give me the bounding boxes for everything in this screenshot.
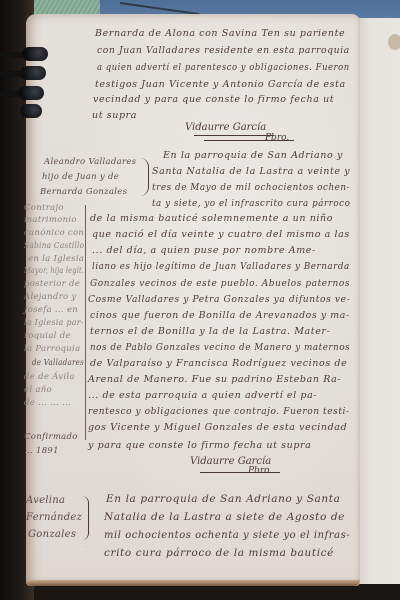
signature-title: Pbro. [248, 466, 272, 476]
text-line: ta y siete, yo el infrascrito cura párro… [152, 198, 350, 209]
binding-clip [20, 104, 42, 118]
text-line: que nació el día veinte y cuatro del mis… [92, 229, 350, 240]
margin-name: Avelina [26, 495, 65, 506]
text-line: cinos que fueron de Bonilla de Arevanado… [90, 310, 350, 321]
margin-name: Fernández [26, 512, 82, 523]
text-line: liano es hijo legítimo de Juan Valladare… [92, 261, 350, 272]
text-line: testigos Juan Vicente y Antonio García d… [95, 79, 346, 90]
margin-name: hijo de Juan y de [42, 172, 119, 182]
margin-note: de de Ávila [24, 372, 75, 382]
margin-note: roquial de [24, 331, 71, 341]
text-line: Bernarda de Alona con Savina Ten su pari… [95, 28, 345, 39]
margin-note: de Valladares [32, 358, 84, 368]
margin-note: la Parroquia [24, 344, 80, 354]
margin-bottom-note: ... 1891 [24, 446, 59, 456]
text-line: ... de esta parroquia a quien advertí el… [88, 390, 317, 401]
margin-bottom-note: Confirmado [24, 432, 78, 442]
text-line: Natalia de la Lastra a siete de Agosto d… [104, 511, 345, 523]
margin-name: Aleandro Valladares [44, 157, 136, 167]
margin-note: Josefa ... en [24, 305, 78, 315]
signature-title: Pbro. [265, 133, 289, 143]
text-line: a quien advertí el parentesco y obligaci… [97, 62, 350, 73]
text-line: gos Vicente y Miguel Gonzales de esta ve… [88, 422, 347, 433]
binding-clip [18, 86, 44, 100]
text-line: Santa Natalia de la Lastra a veinte y [152, 166, 350, 177]
text-line: ut supra [92, 110, 137, 121]
text-line: Cosme Valladares y Petra Gonzales ya dif… [88, 294, 350, 305]
text-line: crito cura párroco de la misma bauticé [104, 547, 334, 559]
margin-name: Bernarda Gonzales [40, 187, 127, 197]
margin-name: Gonzales [28, 529, 76, 540]
page-edge-bottom [26, 580, 360, 586]
text-line: mil ochocientos ochenta y siete yo el in… [104, 529, 350, 541]
binding-clip [20, 66, 46, 80]
margin-note: la Iglesia par- [24, 318, 84, 328]
binding-clip [22, 47, 48, 61]
text-line: ... del día, a quien puse por nombre Ame… [92, 245, 316, 256]
margin-note: Mayor, hija legít. [24, 266, 84, 276]
margin-note: el año [24, 385, 52, 395]
margin-rule [85, 205, 86, 440]
text-line: En la parroquia de San Adriano y Santa [106, 493, 340, 505]
margin-note: de ... ... ... [24, 398, 71, 408]
text-line: de Valparaíso y Francisca Rodríguez veci… [90, 358, 347, 369]
text-line: ternos el de Bonilla y la de la Lastra. … [90, 326, 330, 337]
text-line: Arenal de Manero. Fue su padrino Esteban… [88, 374, 341, 385]
archive-stamp: ... [84, 542, 90, 549]
margin-brace [140, 158, 149, 196]
margin-note: posterior de [24, 279, 80, 289]
text-line: vecindad y para que conste lo firmo fech… [93, 94, 334, 105]
text-line: En la parroquia de San Adriano y [163, 150, 343, 161]
text-line: con Juan Valladares residente en esta pa… [97, 45, 350, 56]
signature: Vidaurre García [185, 122, 266, 133]
margin-note: Alejandro y [24, 292, 77, 302]
margin-note: matrimonio [24, 215, 77, 225]
stain [388, 34, 400, 50]
text-line: y para que conste lo firmo fecha ut supr… [88, 440, 311, 451]
margin-note: en la Iglesia [28, 254, 84, 264]
text-line: de la misma bauticé solemnemente a un ni… [90, 213, 333, 224]
signature-rubric [194, 135, 274, 136]
margin-note: canónico con [24, 228, 84, 238]
text-line: rentesco y obligaciones que contrajo. Fu… [88, 406, 350, 417]
text-line: nos de Pablo Gonzales vecino de Manero y… [90, 342, 350, 353]
text-line: Gonzales vecinos de este pueblo. Abuelos… [90, 278, 350, 289]
margin-brace [82, 496, 89, 540]
margin-note: Contrajo [24, 203, 64, 213]
margin-note: Sabina Castillo [24, 241, 84, 251]
text-line: tres de Mayo de mil ochocientos ochen- [152, 182, 350, 193]
